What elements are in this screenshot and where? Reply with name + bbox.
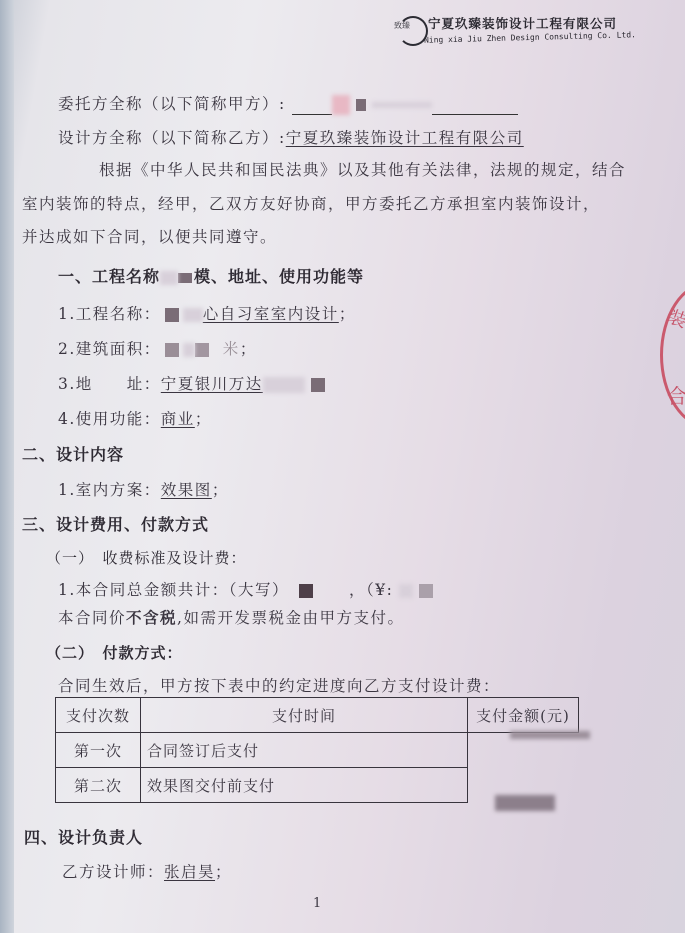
- tax-line: 本合同价不含税,如需开发票税金由甲方支付。: [58, 606, 404, 628]
- redaction: [183, 343, 195, 357]
- redaction: [263, 377, 305, 393]
- address-line: 3.地 址：宁夏银川万达: [58, 372, 325, 394]
- page-edge-shadow: [0, 0, 14, 933]
- preamble-line-3: 并达成如下合同，以便共同遵守。: [22, 225, 277, 247]
- header-cell: 支付金额(元): [468, 698, 579, 733]
- redaction: [332, 95, 350, 115]
- redaction: [183, 308, 203, 322]
- red-seal-stamp: 装 合: [660, 282, 685, 428]
- payment-method-subtitle: （二） 付款方式：: [46, 642, 183, 663]
- fee-standard-subtitle: （一） 收费标准及设计费：: [46, 547, 247, 568]
- redaction: [165, 343, 179, 357]
- usage-line: 4.使用功能：商业；: [58, 407, 212, 429]
- header-cell: 支付时间: [141, 698, 468, 733]
- redaction: [165, 308, 179, 322]
- page-number: 1: [313, 896, 321, 911]
- redaction: [399, 584, 413, 598]
- client-blank: [292, 114, 332, 115]
- table-header-row: 支付次数 支付时间 支付金额(元): [56, 698, 579, 733]
- letterhead: 致臻 宁夏玖臻装饰设计工程有限公司 Ning xia Jiu Zhen Desi…: [398, 14, 628, 48]
- project-name-line: 1.工程名称：心自习室室内设计；: [58, 302, 356, 324]
- company-name-cn: 宁夏玖臻装饰设计工程有限公司: [428, 14, 617, 32]
- redaction: [311, 378, 325, 392]
- redaction: [419, 584, 433, 598]
- preamble-line-2: 室内装饰的特点，经甲，乙双方友好协商，甲方委托乙方承担室内装饰设计，: [22, 192, 600, 214]
- redaction: [495, 795, 555, 811]
- payment-schedule-table: 支付次数 支付时间 支付金额(元) 第一次 合同签订后支付 第二次 效果图交付前…: [55, 697, 579, 803]
- designer-party-line: 设计方全称（以下简称乙方）:宁夏玖臻装饰设计工程有限公司: [58, 126, 524, 148]
- interior-plan-line: 1.室内方案：效果图；: [58, 478, 229, 500]
- designer-party-value: 宁夏玖臻装饰设计工程有限公司: [286, 129, 524, 147]
- section-3-title: 三、设计费用、付款方式: [22, 512, 209, 535]
- table-row: 第一次 合同签订后支付: [56, 733, 579, 768]
- client-line: 委托方全称（以下简称甲方）:: [58, 92, 518, 115]
- building-area-line: 2.建筑面积：米；: [58, 337, 257, 359]
- section-1-title: 一、工程名称模、地址、使用功能等: [58, 264, 364, 287]
- redaction: [510, 731, 590, 739]
- designer-party-label: 设计方全称（以下简称乙方）:: [58, 129, 286, 147]
- section-2-title: 二、设计内容: [22, 442, 124, 465]
- payment-intro: 合同生效后，甲方按下表中的约定进度向乙方支付设计费：: [58, 674, 500, 696]
- total-amount-line: 1.本合同总金额共计：（大写），（¥:: [58, 578, 433, 600]
- redaction: [160, 271, 178, 285]
- redaction: [195, 343, 209, 357]
- client-label: 委托方全称（以下简称甲方）:: [58, 95, 286, 113]
- preamble-line-1: 根据《中华人民共和国民法典》以及其他有关法律，法规的规定，结合: [99, 158, 626, 180]
- redaction: [178, 273, 192, 283]
- redaction: [356, 99, 366, 111]
- company-name-en: Ning xia Jiu Zhen Design Consulting Co. …: [424, 30, 636, 45]
- redaction: [372, 102, 432, 108]
- client-blank: [432, 114, 518, 115]
- designer-line: 乙方设计师：张启昊；: [62, 860, 232, 882]
- section-4-title: 四、设计负责人: [24, 825, 143, 848]
- header-cell: 支付次数: [56, 698, 141, 733]
- redaction: [299, 584, 313, 598]
